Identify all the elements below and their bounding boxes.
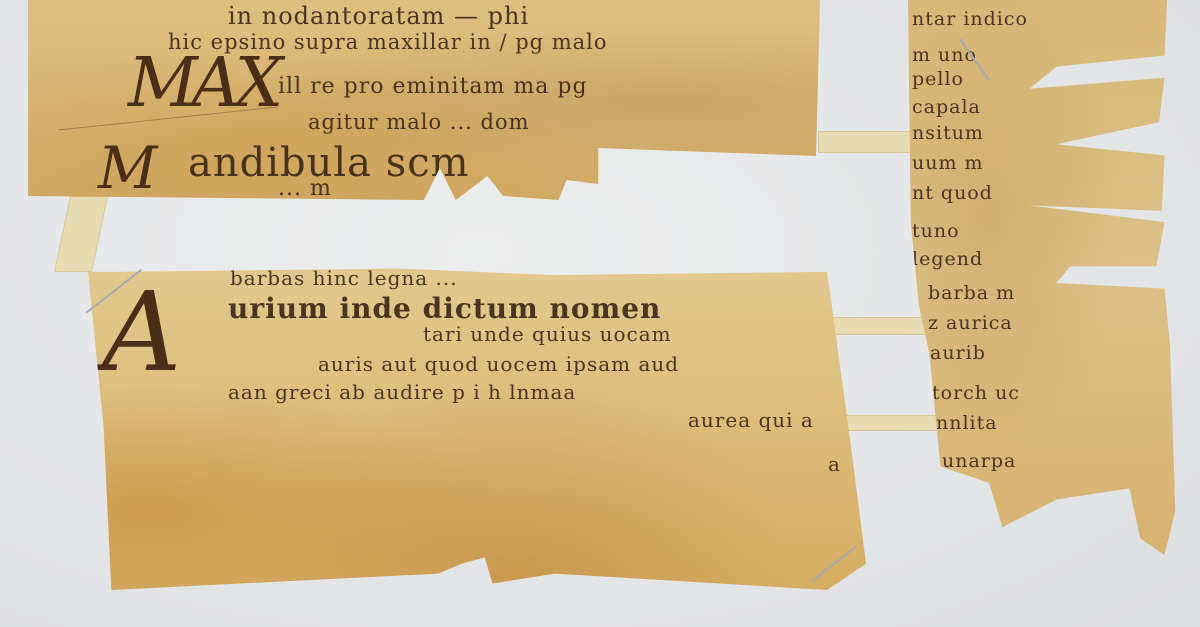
text-line: legend [912, 248, 983, 270]
mounting-tape-left [54, 196, 108, 272]
text-line: capala [912, 96, 981, 118]
text-line: uum m [912, 152, 984, 174]
text-line: nt quod [912, 182, 993, 204]
manuscript-fragment-right: ntar indico m uno pello capala nsitum uu… [908, 0, 1178, 555]
text-line: barbas hinc legna ... [230, 266, 458, 290]
text-line: nnlita [936, 412, 998, 434]
text-line: agitur malo ... dom [308, 110, 530, 134]
text-line: aurib [930, 342, 986, 364]
text-line: ... m [278, 176, 332, 201]
text-line: ill re pro eminitam ma pg [278, 74, 588, 99]
text-line: nsitum [912, 122, 984, 144]
text-line: unarpa [942, 450, 1016, 472]
mounting-tape-mid-right-1 [832, 317, 932, 335]
text-line: aurea qui a [688, 408, 814, 432]
decorated-initial: A [102, 268, 181, 396]
text-line: pello [912, 68, 964, 90]
mounting-tape-top-right [818, 131, 920, 153]
text-line: ntar indico [912, 8, 1028, 30]
text-line: a [828, 452, 841, 476]
manuscript-fragment-top: in nodantoratam — phi hic epsino supra m… [28, 0, 820, 200]
text-line: tuno [912, 220, 960, 242]
decorated-initial: MAX [128, 44, 277, 123]
text-line: tari unde quius uocam [423, 322, 672, 346]
mounting-tape-mid-right-2 [842, 415, 940, 431]
text-line: in nodantoratam — phi [228, 2, 529, 30]
text-line: auris aut quod uocem ipsam aud [318, 352, 679, 376]
manuscript-fragment-middle: barbas hinc legna ... urium inde dictum … [88, 262, 866, 590]
text-line: barba m [928, 282, 1015, 304]
text-line: aan greci ab audire p i h lnmaa [228, 380, 576, 404]
text-line: z aurica [928, 312, 1013, 334]
text-line: torch uc [932, 382, 1020, 404]
text-line: urium inde dictum nomen [228, 292, 661, 325]
decorated-initial: M [98, 134, 157, 202]
